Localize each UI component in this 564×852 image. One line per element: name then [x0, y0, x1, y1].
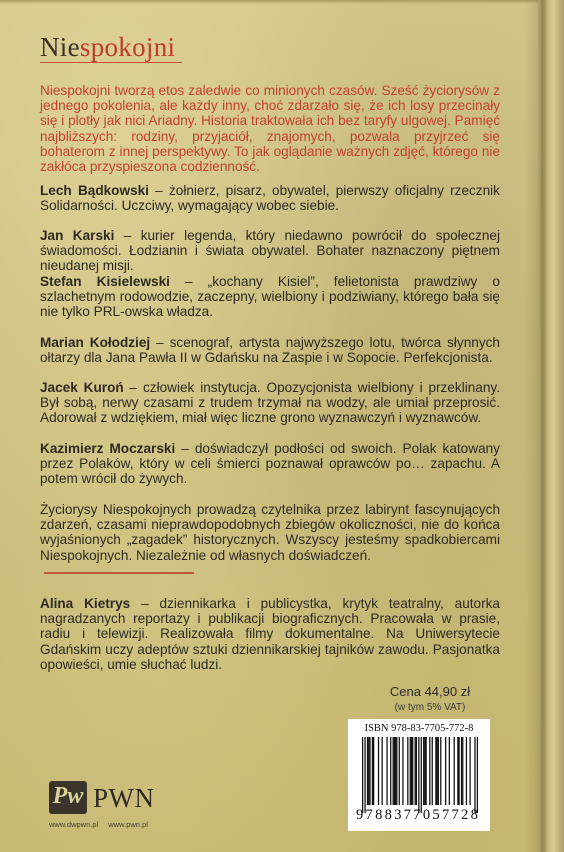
bio-kazimierz-moczarski: Kazimierz Moczarski – doświadczył podłoś…	[40, 441, 500, 487]
author-bio: Alina Kietrys – dziennikarka i publicyst…	[40, 596, 500, 672]
book-title: Niespokojni	[40, 32, 175, 62]
bio-name: Kazimierz Moczarski	[40, 441, 175, 456]
isbn-number: ISBN 978-83-7705-772-8	[348, 723, 490, 734]
closing-paragraph: Życiorysy Niespokojnych prowadzą czyteln…	[40, 502, 500, 563]
bio-stefan-kisielewski: Stefan Kisielewski – „kochany Kisiel”, f…	[40, 274, 500, 320]
author-name: Alina Kietrys	[40, 596, 130, 611]
cover-top-edge	[0, 0, 564, 4]
bio-jan-karski: Jan Karski – kurier legenda, który nieda…	[40, 228, 500, 274]
price-vat-note: (w tym 5% VAT)	[370, 702, 490, 713]
bio-name: Stefan Kisielewski	[40, 274, 170, 289]
book-spine	[538, 0, 564, 852]
price-label: Cena 44,90 zł	[370, 684, 490, 699]
title-prefix: Nie	[40, 32, 80, 62]
bio-name: Lech Bądkowski	[40, 183, 149, 198]
publisher-urls: www.dwpwn.pl www.pwn.pl	[49, 820, 148, 829]
ean-digits: 9788377057728	[356, 807, 484, 824]
author-divider	[44, 572, 194, 574]
pwn-logo-icon: Pw	[49, 781, 87, 814]
bio-name: Marian Kołodziej	[40, 335, 150, 350]
intro-paragraph: Niespokojni tworzą etos zaledwie co mini…	[40, 83, 500, 174]
isbn-barcode: ISBN 978-83-7705-772-8 9788377057728	[348, 719, 490, 831]
bio-jacek-kuron: Jacek Kuroń – człowiek instytucja. Opozy…	[40, 380, 500, 426]
barcode-bars	[362, 737, 478, 813]
title-underline	[40, 62, 182, 63]
bio-name: Jan Karski	[40, 228, 114, 243]
logo-glyph: Pw	[49, 783, 87, 810]
publisher-name: PWN	[93, 783, 155, 814]
spine-shadow	[526, 0, 538, 852]
title-suffix: spokojni	[80, 32, 175, 62]
bio-lech-badkowski: Lech Bądkowski – żołnierz, pisarz, obywa…	[40, 183, 500, 213]
bio-marian-kolodziej: Marian Kołodziej – scenograf, artysta na…	[40, 335, 500, 365]
bio-name: Jacek Kuroń	[40, 380, 124, 395]
